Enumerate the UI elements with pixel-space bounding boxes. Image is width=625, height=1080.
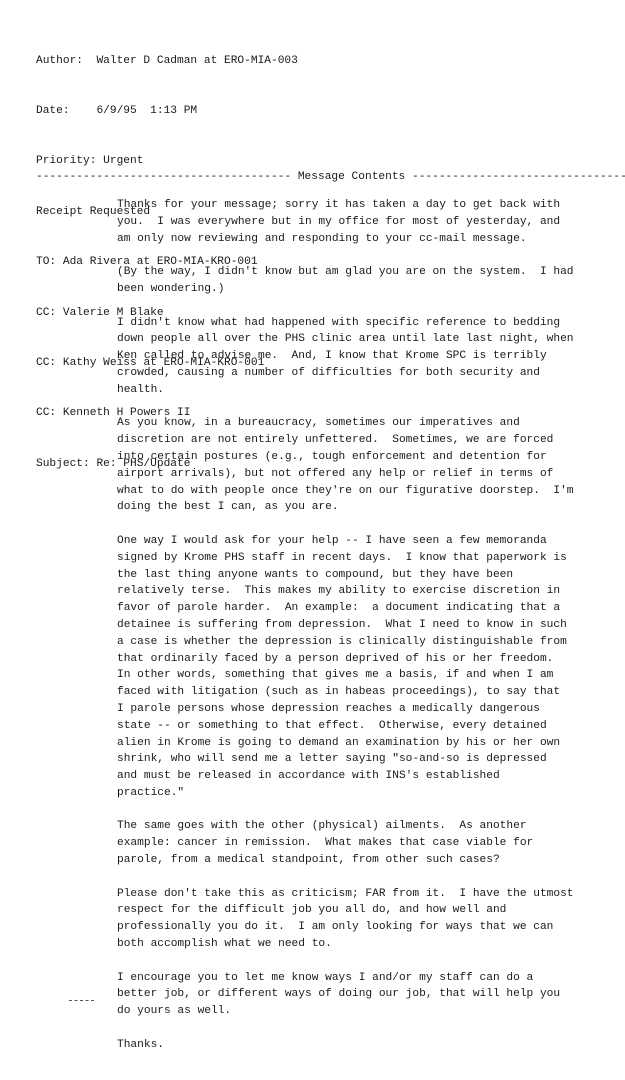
separator-label: Message Contents — [298, 171, 405, 183]
date-row: Date: 6/9/95 1:13 PM — [36, 103, 298, 120]
date-value: 6/9/95 1:13 PM — [96, 105, 197, 117]
message-line: example: cancer in remission. What makes… — [117, 835, 617, 852]
message-paragraph: Thanks for your message; sorry it has ta… — [117, 197, 617, 247]
message-line: I encourage you to let me know ways I an… — [117, 970, 617, 987]
author-value: Walter D Cadman at ERO-MIA-003 — [96, 55, 297, 67]
message-line: airport arrivals), but not offered any h… — [117, 466, 617, 483]
message-line: detainee is suffering from depression. W… — [117, 617, 617, 634]
message-contents-separator: -------------------------------------- M… — [36, 170, 625, 184]
priority-label: Priority: — [36, 155, 96, 167]
message-paragraph: I encourage you to let me know ways I an… — [117, 970, 617, 1020]
message-line: that ordinarily faced by a person depriv… — [117, 651, 617, 668]
priority-value: Urgent — [103, 155, 143, 167]
message-line: Ken called to advise me. And, I know tha… — [117, 348, 617, 365]
message-body: Thanks for your message; sorry it has ta… — [117, 197, 617, 1070]
message-paragraph: As you know, in a bureaucracy, sometimes… — [117, 415, 617, 516]
message-paragraph: One way I would ask for your help -- I h… — [117, 533, 617, 802]
message-line: alien in Krome is going to demand an exa… — [117, 735, 617, 752]
message-line: signed by Krome PHS staff in recent days… — [117, 550, 617, 567]
message-paragraph: The same goes with the other (physical) … — [117, 818, 617, 868]
cc-label: CC: — [36, 407, 56, 419]
message-line: Thanks for your message; sorry it has ta… — [117, 197, 617, 214]
message-line: been wondering.) — [117, 281, 617, 298]
message-line: (By the way, I didn't know but am glad y… — [117, 264, 617, 281]
message-line: practice." — [117, 785, 617, 802]
message-line: and must be released in accordance with … — [117, 768, 617, 785]
message-line: both accomplish what we need to. — [117, 936, 617, 953]
author-label: Author: — [36, 55, 83, 67]
message-line: Thanks. — [117, 1037, 617, 1054]
message-line: I parole persons whose depression reache… — [117, 701, 617, 718]
message-paragraph: I didn't know what had happened with spe… — [117, 315, 617, 399]
message-line: state -- or something to that effect. Ot… — [117, 718, 617, 735]
message-paragraph: Please don't take this as criticism; FAR… — [117, 886, 617, 953]
message-line: a case is whether the depression is clin… — [117, 634, 617, 651]
message-line: what to do with people once they're on o… — [117, 483, 617, 500]
date-label: Date: — [36, 105, 70, 117]
cc-label: CC: — [36, 307, 56, 319]
message-line: respect for the difficult job you all do… — [117, 902, 617, 919]
separator-dashes-left: -------------------------------------- — [36, 171, 298, 183]
message-line: The same goes with the other (physical) … — [117, 818, 617, 835]
message-line: shrink, who will send me a letter saying… — [117, 751, 617, 768]
message-line: health. — [117, 382, 617, 399]
message-line: relatively terse. This makes my ability … — [117, 583, 617, 600]
message-line: am only now reviewing and responding to … — [117, 231, 617, 248]
message-line: One way I would ask for your help -- I h… — [117, 533, 617, 550]
cc-label: CC: — [36, 357, 56, 369]
message-line: better job, or different ways of doing o… — [117, 986, 617, 1003]
message-line: professionally you do it. I am only look… — [117, 919, 617, 936]
message-line: discretion are not entirely unfettered. … — [117, 432, 617, 449]
message-line: As you know, in a bureaucracy, sometimes… — [117, 415, 617, 432]
message-line: you. I was everywhere but in my office f… — [117, 214, 617, 231]
subject-label: Subject: — [36, 458, 90, 470]
scan-artifact — [69, 1000, 94, 1002]
message-paragraph: Thanks. — [117, 1037, 617, 1054]
message-line: do yours as well. — [117, 1003, 617, 1020]
priority-row: Priority: Urgent — [36, 153, 298, 170]
separator-dashes-right: ----------------------------------------… — [405, 171, 625, 183]
message-paragraph: (By the way, I didn't know but am glad y… — [117, 264, 617, 298]
message-line: I didn't know what had happened with spe… — [117, 315, 617, 332]
message-line: parole, from a medical standpoint, from … — [117, 852, 617, 869]
message-line: Please don't take this as criticism; FAR… — [117, 886, 617, 903]
message-line: favor of parole harder. An example: a do… — [117, 600, 617, 617]
message-line: In other words, something that gives me … — [117, 667, 617, 684]
message-line: faced with litigation (such as in habeas… — [117, 684, 617, 701]
message-line: doing the best I can, as you are. — [117, 499, 617, 516]
message-line: down people all over the PHS clinic area… — [117, 331, 617, 348]
to-label: TO: — [36, 256, 56, 268]
message-line: into certain postures (e.g., tough enfor… — [117, 449, 617, 466]
author-row: Author: Walter D Cadman at ERO-MIA-003 — [36, 53, 298, 70]
message-line: crowded, causing a number of difficultie… — [117, 365, 617, 382]
message-line: the last thing anyone wants to compound,… — [117, 567, 617, 584]
